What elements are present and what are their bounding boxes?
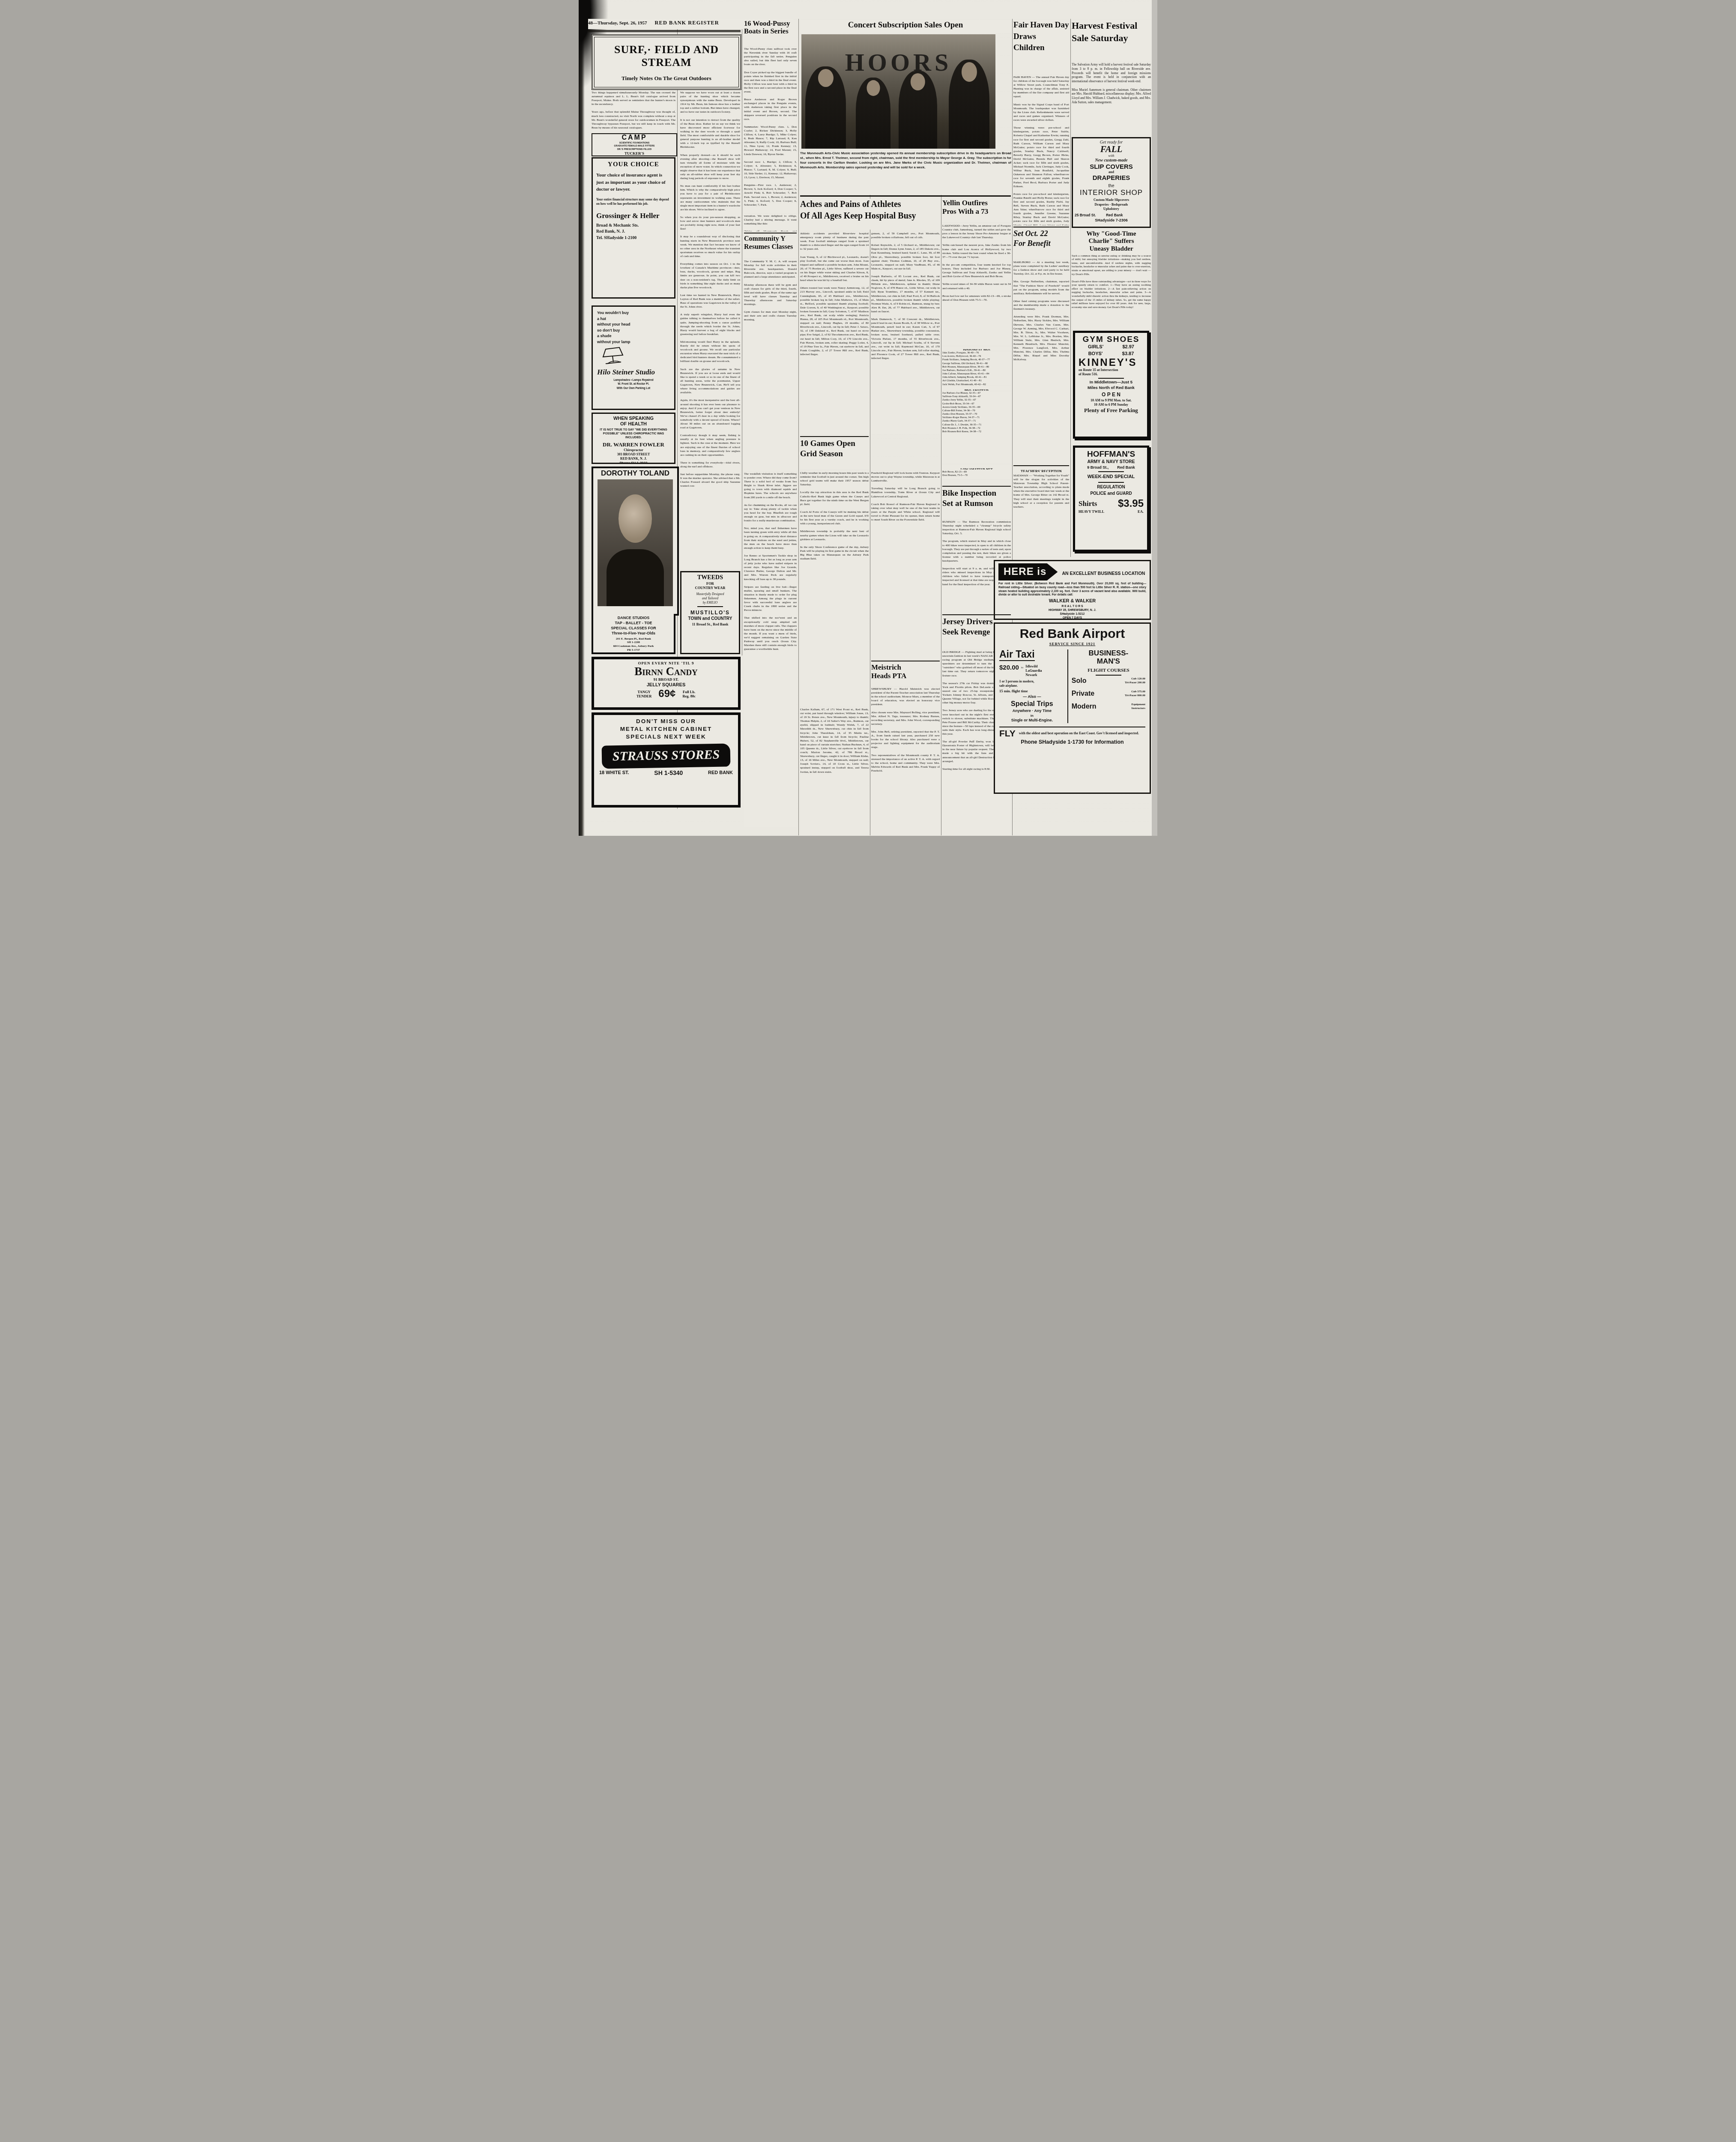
- special-trips: Special Trips: [999, 700, 1065, 708]
- rule: [942, 486, 1011, 487]
- walker-lines: R E A L T O R S HIGHWAY 35, SHREWSBURY, …: [998, 604, 1146, 620]
- interior-shop-ad: Get ready for FALL with New custom-made …: [1072, 137, 1151, 228]
- aches-headline: Aches and Pains of Athletes Of All Ages …: [800, 199, 940, 230]
- fowler-body: IT IS NOT TRUE TO SAY "WE DID EVERYTHING…: [596, 428, 671, 440]
- interior-l4: New custom-made: [1075, 158, 1148, 164]
- mustillo-addr: 11 Broad St., Red Bank: [684, 622, 737, 627]
- camp-brand: CAMP: [592, 134, 676, 142]
- hereis-title: AN EXCELLENT BUSINESS LOCATION: [1062, 571, 1145, 576]
- hoffman-item: Shirts: [1079, 500, 1097, 507]
- kinney-hours: 10 AM to 9 PM Mon. to Sat. 10 AM to 6 PM…: [1079, 398, 1144, 407]
- concert-headline: Concert Subscription Sales Open: [800, 21, 1011, 33]
- tweeds-sub: Masterfully Designed and Tailored by EMI…: [684, 592, 737, 605]
- toland-name: DOROTHY TOLAND: [593, 468, 677, 479]
- surf-subtitle: Timely Notes On The Great Outdoors: [593, 75, 740, 82]
- interior-l10: Custom Made Slipcovers Draperies - Bedsp…: [1075, 198, 1148, 212]
- kinney-title: GYM SHOES: [1079, 335, 1144, 344]
- aches-title: Aches and Pains of Athletes Of All Ages …: [800, 199, 940, 222]
- toland-face: [619, 494, 651, 542]
- camp-addr-right: Long Branch: [661, 156, 675, 156]
- hereis-arrow: HERE is: [998, 563, 1058, 580]
- newspaper-page: 48—Thursday, Sept. 26, 1957 RED BANK REG…: [579, 0, 1157, 836]
- teachers-title: TEACHERS' RECEPTION: [1021, 470, 1062, 472]
- lamp-icon: [601, 347, 630, 365]
- birnn-right: Full Lb. Reg. 80c: [682, 690, 696, 698]
- meistrich-body: SHREWSBURY — Harold Meistrich was electe…: [871, 687, 940, 835]
- airport-also: — Also —: [999, 694, 1065, 700]
- pro-amateur-head: PRO-AMATEUR: [942, 386, 1011, 391]
- tweeds-line2: FOR COUNTRY WEAR: [684, 581, 737, 590]
- dance-lines: DANCE STUDIOS TAP - BALLET - TOE SPECIAL…: [596, 615, 671, 636]
- low-amateur-list: Bob Bross, 82-13—69 Don Housen, 75-5—70: [942, 470, 1011, 479]
- paper-name: RED BANK REGISTER: [655, 20, 719, 26]
- yourchoice-body: Your choice of insurance agent is just a…: [596, 172, 671, 193]
- dance-addrs: 201 E. Bergen Pl., Red Bank SH 1-2208 60…: [596, 637, 671, 652]
- yourchoice-title: YOUR CHOICE: [596, 161, 671, 168]
- column-rule: [742, 19, 742, 655]
- community-title: Community Y Resumes Classes: [744, 235, 797, 251]
- airport-ad: Red Bank Airport SERVICE SINCE 1921 Air …: [994, 622, 1151, 794]
- strauss-addr1: 18 WHITE ST.: [599, 771, 629, 775]
- hoffman-name: HOFFMAN'S: [1079, 450, 1144, 459]
- surf-field-stream-box: SURF,· FIELD AND STREAM Timely Notes On …: [592, 34, 741, 90]
- surf-body-col2: We suppose we have worn out at least a d…: [680, 91, 740, 568]
- scan-edge-left: [579, 0, 585, 836]
- hilo-poem: You wouldn't buy a hat without your head…: [597, 310, 670, 345]
- hilo-steiner-ad: You wouldn't buy a hat without your head…: [592, 305, 675, 410]
- modern-label: Modern: [1072, 703, 1097, 710]
- businessman: BUSINESS- MAN'S: [1072, 649, 1145, 665]
- concert-photo: HOORS: [801, 34, 995, 149]
- rule: [744, 233, 797, 233]
- caption-text: The Monmouth Arts-Civic Music associatio…: [800, 151, 1011, 170]
- hoffman-addr: 9 Broad St., Red Bank: [1079, 465, 1144, 470]
- grid-col1: Chilly weather in early morning hours th…: [800, 471, 869, 706]
- harvest-body: The Salvation Army will hold a harvest f…: [1072, 63, 1151, 135]
- birnn-product: JELLY SQUARES: [598, 682, 734, 688]
- interior-addr: 25 Broad St. Red Bank: [1075, 213, 1148, 218]
- yourchoice-sub: Your entire financial structure may some…: [596, 197, 671, 206]
- header-rule: [588, 30, 741, 32]
- benefit-title: Set Oct. 22 For Benefit: [1013, 229, 1069, 249]
- private-prices: Cub 575.00 Tri-Pacer 800.00: [1125, 690, 1145, 698]
- community-body: The Community Y. M. C. A. will reopen Mo…: [744, 260, 797, 471]
- tweeds-title: TWEEDS: [684, 574, 737, 581]
- hospital-continued: Charles Kallum, 67, of 171 West Front st…: [800, 708, 869, 835]
- divider: [697, 606, 723, 607]
- kinney-name: KINNEY'S: [1079, 357, 1144, 368]
- birnn-addr: 91 BROAD ST.: [598, 677, 734, 682]
- hereis-ad: HERE is AN EXCELLENT BUSINESS LOCATION F…: [994, 560, 1151, 620]
- camp-addr-left: 139 Broadway: [594, 156, 609, 156]
- fly-text: with the oldest and best operation on th…: [1019, 731, 1139, 736]
- flight-courses: FLIGHT COURSES: [1072, 668, 1145, 673]
- fowler-phone: Phone SH 1-3033: [596, 461, 671, 464]
- fly-word: FLY: [999, 729, 1016, 738]
- concert-caption: The Monmouth Arts-Civic Music associatio…: [800, 151, 1011, 194]
- grid-col2: Freehold Regional will lock horns with T…: [871, 471, 940, 659]
- camp-lines: SCIENTIFIC FOUNDATIONS GRADUATE FEMALE-M…: [592, 142, 676, 151]
- doans-ad: Why "Good-Time Charlie" Suffers Uneasy B…: [1072, 230, 1151, 328]
- pro-amateur-label: PRO-AMATEUR: [965, 389, 989, 391]
- benefit-headline: Set Oct. 22 For Benefit: [1013, 229, 1069, 259]
- fairhaven-body: FAIR HAVEN — The annual Fair Haven day f…: [1013, 75, 1069, 225]
- grossinger-addr: Broad & Mechanic Sts. Red Bank, N. J. Te…: [596, 223, 671, 242]
- airport-since: SERVICE SINCE 1921: [999, 641, 1145, 647]
- doans-title: Why "Good-Time Charlie" Suffers Uneasy B…: [1072, 230, 1151, 253]
- bike-headline: Bike Inspection Set at Rumson: [942, 488, 1011, 518]
- fowler-title: WHEN SPEAKING OF HEALTH: [596, 416, 671, 427]
- individual-pro-head: INDIVIDUAL PRO: [942, 346, 1011, 350]
- column-rule: [941, 195, 941, 835]
- grossinger-name: Grossinger & Heller: [596, 212, 671, 220]
- yellin-title: Yellin Outfires Pros With a 73: [942, 199, 1011, 216]
- private-label: Private: [1072, 691, 1094, 697]
- taxi-sub: 1 or 3 persons in modern, safe airplane.: [999, 679, 1065, 688]
- low-amateur-head: LOW AMATEUR NET: [942, 465, 1011, 470]
- aches-col2: gensen, 2, of 59 Campbell ave., Port Mon…: [871, 232, 940, 434]
- kinney-park: Plenty of Free Parking: [1079, 407, 1144, 414]
- rule: [1013, 227, 1069, 227]
- community-headline: Community Y Resumes Classes: [744, 235, 797, 258]
- taxi-to: to: [1021, 666, 1023, 669]
- fowler-name: DR. WARREN FOWLER: [596, 441, 671, 448]
- hoffmans-ad: HOFFMAN'S ARMY & NAVY STORE 9 Broad St.,…: [1073, 446, 1149, 552]
- yellin-body: LAKEWOOD—Jerry Yellin, an amateur out of…: [942, 224, 1011, 345]
- aches-col1: Athletic accidents provided Riverview ho…: [800, 232, 869, 434]
- fairhaven-headline: Fair Haven Day Draws Children: [1013, 20, 1069, 74]
- grid-headline: 10 Games Open Grid Season: [800, 439, 869, 469]
- hilo-lines: Lampshades • Lamps Repaired W. Front St.…: [597, 378, 670, 390]
- kinneys-ad: GYM SHOES GIRLS' $2.97 BOYS' $3.87 KINNE…: [1073, 331, 1149, 439]
- teachers-body: MATAWAN — "Working Together for Youth" w…: [1013, 474, 1069, 556]
- page-date: 48—Thursday, Sept. 26, 1957: [588, 21, 647, 26]
- scan-edge-right: [1152, 0, 1157, 836]
- benefit-body: MARLBORO — At a meeting last week, plans…: [1013, 260, 1069, 464]
- taxi-dests: Idlewild LaGuardia Newark: [1025, 664, 1042, 677]
- rule: [1013, 465, 1069, 466]
- teachers-headline: TEACHERS' RECEPTION: [1013, 467, 1069, 472]
- birnn-price: 69¢: [658, 689, 675, 699]
- strauss-phone: SH 1-5340: [654, 770, 683, 776]
- hereis-body: For rent in Little Silver. (Between Red …: [998, 582, 1146, 597]
- mustillo-line2: TOWN and COUNTRY: [684, 616, 737, 622]
- grid-title: 10 Games Open Grid Season: [800, 439, 869, 459]
- woodpussy-headline: 16 Wood-Pussy Boats in Series: [744, 20, 797, 45]
- column-rule: [798, 19, 799, 835]
- modern-desc: Equipment Instructors: [1132, 703, 1145, 711]
- hoffman-left: HEAVY TWILL: [1079, 509, 1104, 515]
- woodpussy-title: 16 Wood-Pussy Boats in Series: [744, 20, 797, 35]
- hoffman-line2: ARMY & NAVY STORE: [1079, 459, 1144, 465]
- hoffman-reg: REGULATION POLICE and GUARD: [1079, 484, 1144, 497]
- divider: [1098, 378, 1124, 379]
- harvest-headline: Harvest Festival Sale Saturday: [1072, 20, 1151, 61]
- toland-ad: DOROTHY TOLAND: [592, 467, 679, 616]
- toland-figure: [607, 549, 664, 606]
- woodpussy-body: The Wood-Pussy class sailboat took over …: [744, 47, 797, 213]
- hoffman-special: WEEK-END SPECIAL: [1079, 473, 1144, 481]
- trips-engine: Single or Multi-Engine.: [999, 718, 1065, 723]
- individual-pro-label: INDIVIDUAL PRO: [963, 349, 990, 350]
- surf-versation: versation. We were delighted to oblige. …: [744, 214, 797, 231]
- strauss-ad: DON'T MISS OUR METAL KITCHEN CABINET SPE…: [592, 712, 741, 808]
- camp-name: TUCKER'S: [592, 151, 676, 156]
- pro-amateur-list: Joe Barbaro-Joe Blasey, 32-35—67 Sulliva…: [942, 392, 1011, 464]
- kinney-boys: BOYS': [1088, 351, 1103, 357]
- kinney-mid: In Middletown—Just 5 Miles North of Red …: [1079, 380, 1144, 391]
- kinney-girls: GIRLS': [1088, 344, 1103, 351]
- hoffman-right: EA.: [1138, 509, 1144, 515]
- interior-l9: INTERIOR SHOP: [1075, 189, 1148, 197]
- birnn-candy-ad: OPEN EVERY NITE 'TIL 9 Birnn Candy 91 BR…: [592, 657, 741, 710]
- solo-label: Solo: [1072, 678, 1087, 685]
- surf-body-col1: Two things happened simultaneously Monda…: [592, 91, 675, 132]
- toland-photo: [598, 479, 673, 606]
- doans-body: Such a common thing as unwise eating or …: [1072, 254, 1151, 309]
- dance-studios-ad: DANCE STUDIOS TAP - BALLET - TOE SPECIAL…: [592, 614, 675, 654]
- rule: [800, 436, 869, 437]
- kinney-boys-price: $3.87: [1122, 351, 1134, 357]
- rule: [942, 614, 1011, 615]
- air-taxi-title: Air Taxi: [999, 649, 1035, 661]
- airport-name: Red Bank Airport: [999, 627, 1145, 641]
- interior-l6: and: [1075, 171, 1148, 174]
- surf-col3-more: The weakfish visitation is itself someth…: [744, 472, 797, 828]
- trips-sub: Anywhere · Any Time: [999, 708, 1065, 714]
- meistrich-headline: Meistrich Heads PTA: [871, 663, 940, 685]
- interior-l7: DRAPERIES: [1075, 174, 1148, 182]
- harvest-title: Harvest Festival Sale Saturday: [1072, 20, 1151, 44]
- interior-l3: with: [1075, 154, 1148, 158]
- tuckers-camp-ad: CAMP SCIENTIFIC FOUNDATIONS GRADUATE FEM…: [592, 133, 677, 156]
- interior-l5: SLIP COVERS: [1075, 163, 1148, 171]
- kinney-loc: on Route 35 at Intersection of Route 516…: [1079, 368, 1144, 377]
- concert-title: Concert Subscription Sales Open: [848, 21, 963, 30]
- strauss-addr2: RED BANK: [708, 771, 733, 775]
- surf-title: SURF,· FIELD AND STREAM: [593, 43, 740, 69]
- kinney-girls-price: $2.97: [1122, 344, 1134, 351]
- taxi-time: 15 min. flight time: [999, 689, 1065, 694]
- divider: [1098, 471, 1124, 472]
- divider: [1098, 482, 1124, 483]
- hoffman-price: $3.95: [1118, 499, 1144, 509]
- bike-title: Bike Inspection Set at Rumson: [942, 488, 1011, 509]
- birnn-name: Birnn Candy: [598, 665, 734, 677]
- walker-name: WALKER & WALKER: [998, 598, 1146, 604]
- column-rule: [870, 195, 870, 835]
- fowler-ad: WHEN SPEAKING OF HEALTH IT IS NOT TRUE T…: [592, 413, 675, 464]
- birnn-left: TANGY TENDER: [636, 690, 651, 698]
- fairhaven-title: Fair Haven Day Draws Children: [1013, 20, 1069, 54]
- kinney-open: O P E N: [1079, 391, 1144, 398]
- mustillo-name: MUSTILLO'S: [684, 610, 737, 616]
- trips-in: in: [999, 714, 1065, 718]
- strauss-top: DON'T MISS OUR METAL KITCHEN CABINET SPE…: [599, 718, 733, 741]
- grossinger-heller-ad: YOUR CHOICE Your choice of insurance age…: [592, 157, 675, 299]
- individual-pro-list: Jake Zastko, Forsgate, 36-40—76 Lou Acer…: [942, 351, 1011, 386]
- taxi-price: 20.00: [1003, 664, 1019, 671]
- low-amateur-label: LOW AMATEUR NET: [960, 468, 992, 470]
- column-rule: [1070, 19, 1071, 557]
- hilo-name: Hilo Steiner Studio: [597, 368, 670, 376]
- fowler-lines: Chiropractor 303 BROAD STREET RED BANK, …: [596, 448, 671, 461]
- solo-prices: Cub 120.00 Tri-Pacer 200.00: [1125, 677, 1145, 685]
- strauss-logo: STRAUSS STORES: [602, 743, 731, 769]
- interior-l2: FALL: [1075, 145, 1148, 154]
- yellin-headline: Yellin Outfires Pros With a 73: [942, 199, 1011, 222]
- photo-grain: [801, 34, 995, 149]
- divider: [1096, 675, 1121, 676]
- mustillos-ad: TWEEDS FOR COUNTRY WEAR Masterfully Desi…: [680, 571, 740, 654]
- airport-phone: Phone SHadyside 1-1730 for Information: [999, 738, 1145, 746]
- interior-phone: SHadyside 7-2306: [1075, 218, 1148, 223]
- meistrich-title: Meistrich Heads PTA: [871, 663, 940, 681]
- rule: [871, 661, 940, 661]
- caption-rule: [800, 195, 1011, 197]
